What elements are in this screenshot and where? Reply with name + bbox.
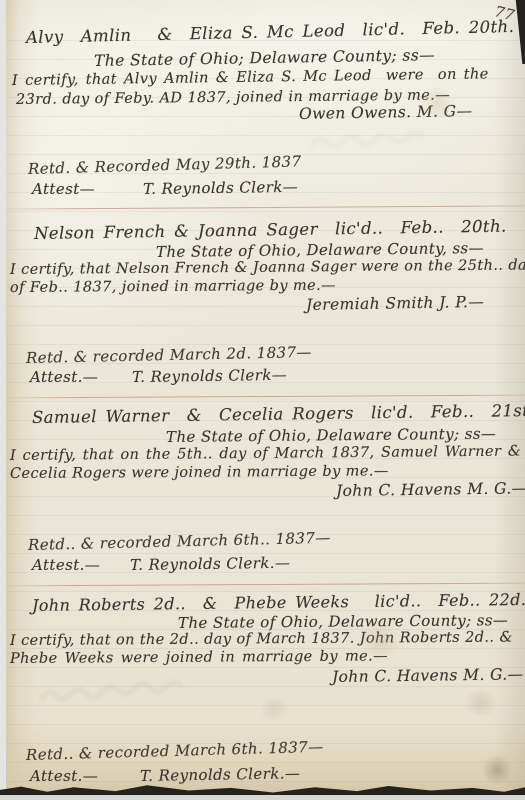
recorded-line: Retd. & recorded March 2d. 1837— [26,343,312,367]
recorded-line: Retd.. & recorded March 6th. 1837— [26,738,324,764]
officiant-signature: Jeremiah Smith J. P.— [306,293,484,314]
attest-label: Attest.— [30,368,98,386]
entry-separator-rule [8,583,525,587]
entry-certify-line: I certify, that Alvy Amlin & Eliza S. Mc… [12,66,489,89]
entry-certify-line: of Feb.. 1837, joined in marriage by me.… [10,278,336,296]
entry-state-line: The State of Ohio, Delaware County; ss— [166,425,496,446]
clerk-signature: T. Reynolds Clerk— [143,178,298,198]
smudge-stain [461,690,501,716]
smudge-stain [481,755,513,785]
entry-certify-line: I certify, that on the 5th.. day of Marc… [10,444,521,464]
ledger-page: 77 Alvy Amlin & Eliza S. Mc Leod lic'd. … [6,0,525,797]
attest-label: Attest.— [32,556,100,574]
clerk-signature: T. Reynolds Clerk.— [140,764,301,785]
attest-label: Attest.— [30,767,98,785]
clerk-signature: T. Reynolds Clerk— [132,366,287,386]
smudge-stain [256,698,292,720]
attest-row: Attest.— T. Reynolds Clerk— [30,368,287,386]
officiant-signature: John C. Havens M. G.— [336,479,525,500]
entry-heading: Samuel Warner & Cecelia Rogers lic'd. Fe… [32,400,525,427]
entry-certify-line: I certify, that on the 2d.. day of March… [10,629,513,649]
clerk-signature: T. Reynolds Clerk.— [130,554,291,574]
entry-certify-line: I certify, that Nelson French & Joanna S… [10,257,525,278]
recorded-line: Retd. & Recorded May 29th. 1837 [28,152,302,178]
entry-separator-rule [8,395,525,399]
entry-heading: Alvy Amlin & Eliza S. Mc Leod lic'd. Feb… [26,15,525,47]
attest-row: Attest.— T. Reynolds Clerk.— [30,767,301,785]
officiant-signature: Owen Owens. M. G— [299,102,473,123]
officiant-signature: John C. Havens M. G.— [332,665,524,686]
attest-row: Attest.— T. Reynolds Clerk.— [32,556,291,574]
recorded-line: Retd.. & recorded March 6th.. 1837— [28,529,331,554]
attest-row: Attest— T. Reynolds Clerk— [32,180,298,198]
scanner-background [0,795,525,800]
entry-state-line: The State of Ohio; Delaware County; ss— [94,46,435,70]
entry-certify-line: Cecelia Rogers were joined in marriage b… [10,463,389,482]
entry-certify-line: Phebe Weeks were joined in marriage by m… [10,648,388,667]
entry-state-line: The State of Ohio, Delaware County; ss— [178,611,508,632]
scanned-ledger-photo: 77 Alvy Amlin & Eliza S. Mc Leod lic'd. … [0,0,525,800]
entry-separator-rule [8,205,525,209]
bleed-through-decoration [306,128,476,158]
attest-label: Attest— [32,180,95,198]
bleed-through-decoration [36,672,216,712]
